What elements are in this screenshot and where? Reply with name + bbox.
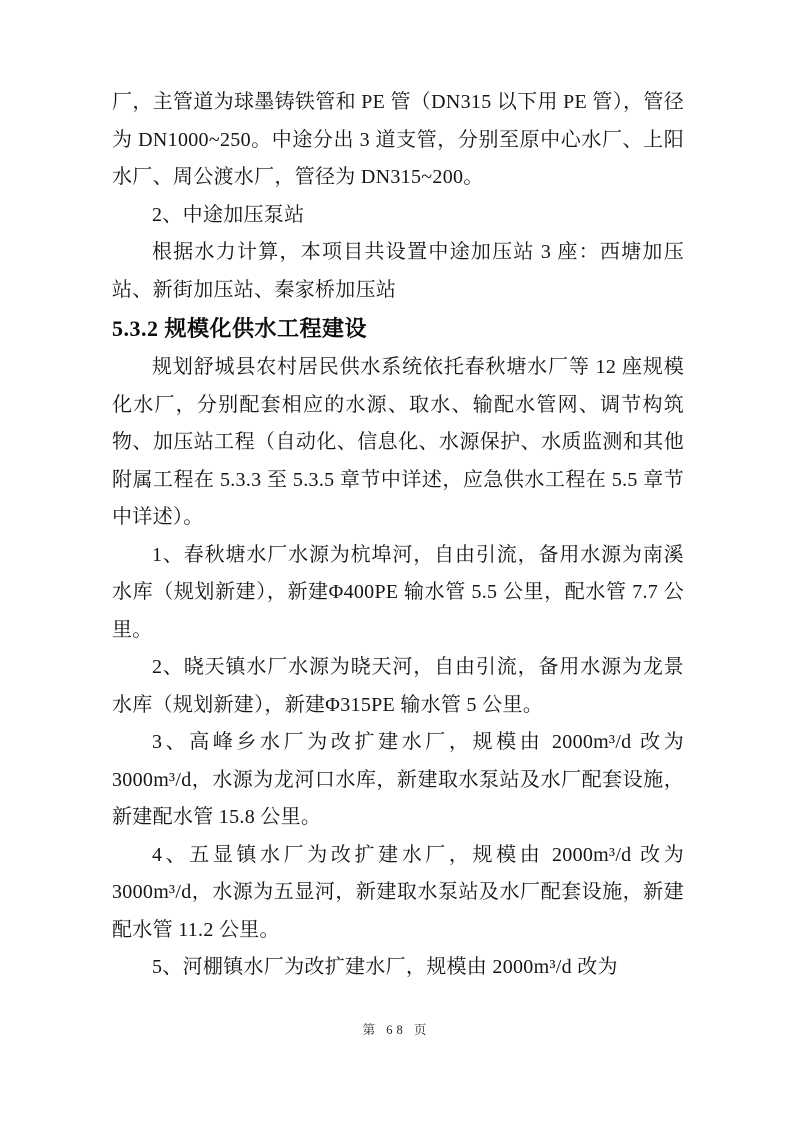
paragraph-item-5-hepeng: 5、河棚镇水厂为改扩建水厂，规模由 2000m³/d 改为 bbox=[112, 949, 684, 987]
document-body: 厂，主管道为球墨铸铁管和 PE 管（DN315 以下用 PE 管），管径为 DN… bbox=[112, 84, 684, 987]
paragraph-item-2-xiaotian: 2、晓天镇水厂水源为晓天河，自由引流，备用水源为龙景水库（规划新建），新建Φ31… bbox=[112, 649, 684, 724]
page-number: 第 68 页 bbox=[0, 1020, 793, 1038]
paragraph-item-4-wuxian: 4、五显镇水厂为改扩建水厂，规模由 2000m³/d 改为 3000m³/d，水… bbox=[112, 837, 684, 950]
paragraph-item-3-gaofeng: 3、高峰乡水厂为改扩建水厂，规模由 2000m³/d 改为 3000m³/d，水… bbox=[112, 724, 684, 837]
paragraph-booster-station-detail: 根据水力计算，本项目共设置中途加压站 3 座：西塘加压站、新街加压站、秦家桥加压… bbox=[112, 234, 684, 309]
paragraph-plan-overview: 规划舒城县农村居民供水系统依托春秋塘水厂等 12 座规模化水厂，分别配套相应的水… bbox=[112, 349, 684, 537]
section-heading-5-3-2: 5.3.2 规模化供水工程建设 bbox=[112, 309, 684, 349]
paragraph-pipeline-continuation: 厂，主管道为球墨铸铁管和 PE 管（DN315 以下用 PE 管），管径为 DN… bbox=[112, 84, 684, 197]
document-page: 厂，主管道为球墨铸铁管和 PE 管（DN315 以下用 PE 管），管径为 DN… bbox=[0, 0, 793, 1122]
paragraph-booster-station-title: 2、中途加压泵站 bbox=[112, 197, 684, 235]
paragraph-item-1-chunqiutang: 1、春秋塘水厂水源为杭埠河，自由引流，备用水源为南溪水库（规划新建），新建Φ40… bbox=[112, 537, 684, 650]
